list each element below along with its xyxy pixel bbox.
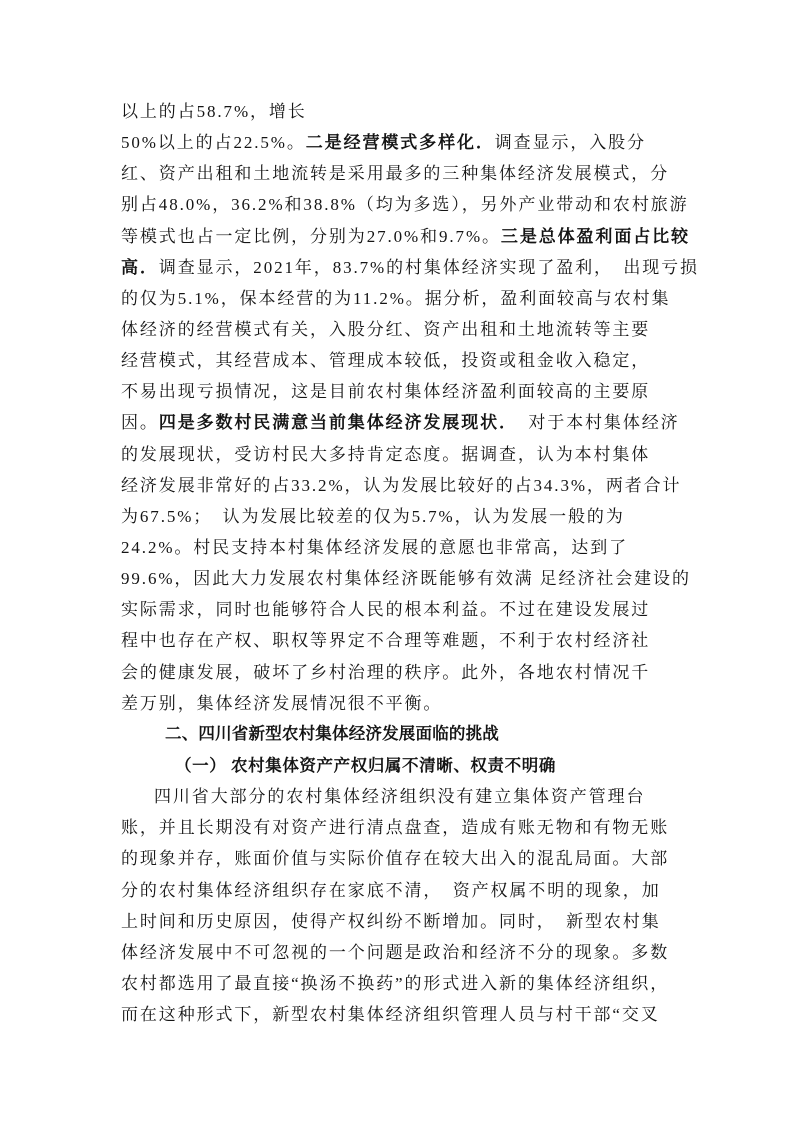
text-run: 调查显示，入股分 [495, 133, 646, 152]
text-line: 差万别，集体经济发展情况很不平衡。 [121, 688, 681, 719]
bold-text-run: 二是经营模式多样化． [306, 133, 495, 152]
section-heading: 二、四川省新型农村集体经济发展面临的挑战 [121, 719, 681, 750]
text-line: 不易出现亏损情况，这是目前农村集体经济盈利面较高的主要原 [121, 376, 681, 407]
text-run: 红、资产出租和土地流转是采用最多的三种集体经济发展模式，分 [121, 164, 669, 183]
text-run: 等模式也占一定比例，分别为27.0%和9.7%。 [121, 227, 501, 246]
text-line: 经济发展非常好的占33.2%，认为发展比较好的占34.3%，两者合计 [121, 470, 681, 501]
text-line: 而在这种形式下，新型农村集体经济组织管理人员与村干部“交叉 [121, 999, 681, 1030]
text-run: 以上的占58.7%，增长 [121, 102, 307, 121]
text-run: 24.2%。村民支持本村集体经济发展的意愿也非常高，达到了 [121, 538, 628, 557]
bold-text-run: （一） 农村集体资产产权归属不清晰、权责不明确 [175, 756, 556, 775]
text-run: 99.6%，因此大力发展农村集体经济既能够有效满 足经济社会建设的 [121, 569, 691, 588]
text-line: 分的农村集体经济组织存在家底不清， 资产权属不明的现象，加 [121, 875, 681, 906]
text-line: 高．调查显示，2021年，83.7%的村集体经济实现了盈利， 出现亏损 [121, 252, 681, 283]
text-run: 体经济的经营模式有关，入股分红、资产出租和土地流转等主要 [121, 320, 650, 339]
text-run: 实际需求，同时也能够符合人民的根本利益。不过在建设发展过 [121, 600, 650, 619]
bold-text-run: 二、四川省新型农村集体经济发展面临的挑战 [165, 725, 499, 743]
text-run: 体经济发展中不可忽视的一个问题是政治和经济不分的现象。多数 [121, 943, 669, 962]
text-line: 的发展现状，受访村民大多持肯定态度。据调查，认为本村集体 [121, 439, 681, 470]
document-body: 以上的占58.7%，增长50%以上的占22.5%。二是经营模式多样化．调查显示，… [121, 96, 681, 1030]
text-line: 等模式也占一定比例，分别为27.0%和9.7%。三是总体盈利面占比较 [121, 221, 681, 252]
bold-text-run: 四是多数村民满意当前集体经济发展现状． [159, 413, 510, 432]
text-line: 的仅为5.1%，保本经营的为11.2%。据分析，盈利面较高与农村集 [121, 283, 681, 314]
text-run: 程中也存在产权、职权等界定不合理等难题，不利于农村经济社 [121, 631, 650, 650]
text-run: 别占48.0%，36.2%和38.8%（均为多选），另外产业带动和农村旅游 [121, 195, 689, 214]
text-line: 红、资产出租和土地流转是采用最多的三种集体经济发展模式，分 [121, 158, 681, 189]
text-run: 分的农村集体经济组织存在家底不清， 资产权属不明的现象，加 [121, 881, 661, 900]
text-run: 调查显示，2021年，83.7%的村集体经济实现了盈利， 出现亏损 [159, 258, 699, 277]
text-run: 上时间和历史原因，使得产权纠纷不断增加。同时， 新型农村集 [121, 912, 661, 931]
text-run: 四川省大部分的农村集体经济组织没有建立集体资产管理台 [154, 787, 645, 806]
text-line: 体经济的经营模式有关，入股分红、资产出租和土地流转等主要 [121, 314, 681, 345]
text-run: 的发展现状，受访村民大多持肯定态度。据调查，认为本村集体 [121, 445, 650, 464]
bold-text-run: 三是总体盈利面占比较 [501, 227, 690, 246]
text-line: 因。四是多数村民满意当前集体经济发展现状． 对于本村集体经济 [121, 407, 681, 438]
text-run: 的现象并存，账面价值与实际价值存在较大出入的混乱局面。大部 [121, 849, 669, 868]
text-line: 体经济发展中不可忽视的一个问题是政治和经济不分的现象。多数 [121, 937, 681, 968]
text-run: 因。 [121, 413, 159, 432]
text-run: 经营模式，其经营成本、管理成本较低，投资或租金收入稳定， [121, 351, 650, 370]
text-run: 对于本村集体经济 [509, 413, 679, 432]
text-line: 程中也存在产权、职权等界定不合理等难题，不利于农村经济社 [121, 625, 681, 656]
text-line: 为67.5%； 认为发展比较差的仅为5.7%，认为发展一般的为 [121, 501, 681, 532]
text-line: 别占48.0%，36.2%和38.8%（均为多选），另外产业带动和农村旅游 [121, 189, 681, 220]
text-run: 而在这种形式下，新型农村集体经济组织管理人员与村干部“交叉 [121, 1005, 660, 1024]
text-run: 农村都选用了最直接“换汤不换药”的形式进入新的集体经济组织， [121, 974, 669, 993]
text-line: 账，并且长期没有对资产进行清点盘查，造成有账无物和有物无账 [121, 812, 681, 843]
text-run: 为67.5%； 认为发展比较差的仅为5.7%，认为发展一般的为 [121, 507, 625, 526]
text-line: 50%以上的占22.5%。二是经营模式多样化．调查显示，入股分 [121, 127, 681, 158]
text-line: 上时间和历史原因，使得产权纠纷不断增加。同时， 新型农村集 [121, 906, 681, 937]
text-run: 会的健康发展，破坏了乡村治理的秩序。此外，各地农村情况千 [121, 663, 650, 682]
text-run: 经济发展非常好的占33.2%，认为发展比较好的占34.3%，两者合计 [121, 476, 681, 495]
text-run: 50%以上的占22.5%。 [121, 133, 306, 152]
text-run: 不易出现亏损情况，这是目前农村集体经济盈利面较高的主要原 [121, 382, 650, 401]
text-line: 99.6%，因此大力发展农村集体经济既能够有效满 足经济社会建设的 [121, 563, 681, 594]
bold-text-run: 高． [121, 258, 159, 277]
text-line: 以上的占58.7%，增长 [121, 96, 681, 127]
text-line: 的现象并存，账面价值与实际价值存在较大出入的混乱局面。大部 [121, 843, 681, 874]
text-line: 四川省大部分的农村集体经济组织没有建立集体资产管理台 [121, 781, 681, 812]
text-line: 经营模式，其经营成本、管理成本较低，投资或租金收入稳定， [121, 345, 681, 376]
document-page: 以上的占58.7%，增长50%以上的占22.5%。二是经营模式多样化．调查显示，… [0, 0, 794, 1122]
text-run: 差万别，集体经济发展情况很不平衡。 [121, 694, 442, 713]
subsection-heading: （一） 农村集体资产产权归属不清晰、权责不明确 [121, 750, 681, 781]
text-line: 实际需求，同时也能够符合人民的根本利益。不过在建设发展过 [121, 594, 681, 625]
text-line: 农村都选用了最直接“换汤不换药”的形式进入新的集体经济组织， [121, 968, 681, 999]
text-line: 24.2%。村民支持本村集体经济发展的意愿也非常高，达到了 [121, 532, 681, 563]
text-line: 会的健康发展，破坏了乡村治理的秩序。此外，各地农村情况千 [121, 657, 681, 688]
text-run: 账，并且长期没有对资产进行清点盘查，造成有账无物和有物无账 [121, 818, 669, 837]
text-run: 的仅为5.1%，保本经营的为11.2%。据分析，盈利面较高与农村集 [121, 289, 670, 308]
